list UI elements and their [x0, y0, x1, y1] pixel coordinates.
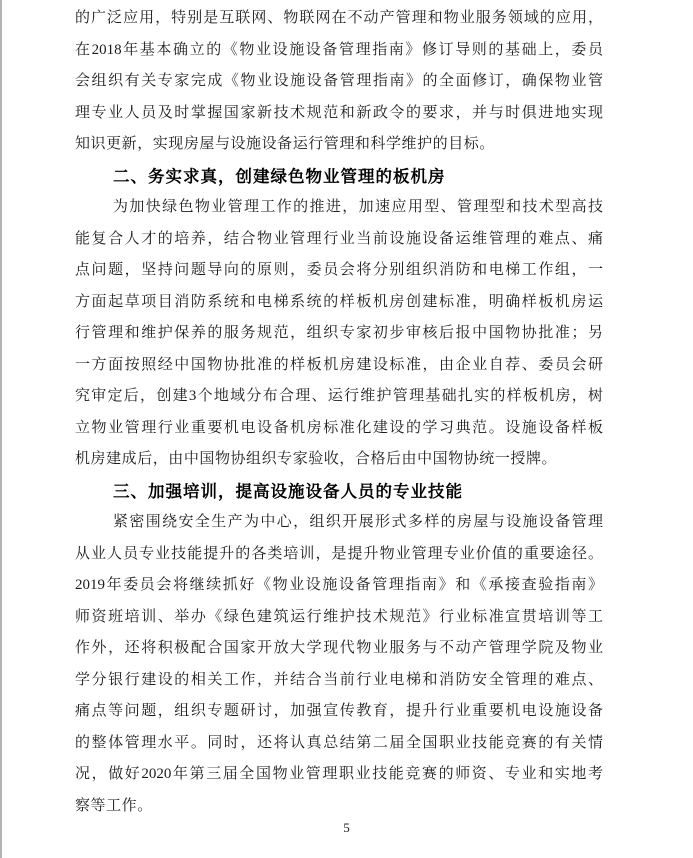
- page-number: 5: [0, 818, 693, 838]
- paragraph-line: 点问题，坚持问题导向的原则，委员会将分别组织消防和电梯工作组，一: [75, 255, 603, 287]
- paragraph-line: 的整体管理水平。同时，还将认真总结第二届全国职业技能竞赛的有关情: [75, 728, 603, 760]
- document-page: 的广泛应用，特别是互联网、物联网在不动产管理和物业服务领域的应用， 在2018年…: [0, 0, 693, 858]
- paragraph-line: 况，做好2020年第三届全国物业管理职业技能竞赛的师资、专业和实地考: [75, 759, 603, 791]
- paragraph-line: 理专业人员及时掌握国家新技术规范和新政令的要求，并与时俱进地实现: [75, 98, 603, 130]
- paragraph-line: 知识更新，实现房屋与设施设备运行管理和科学维护的目标。: [75, 129, 603, 161]
- paragraph-line: 为加快绿色物业管理工作的推进，加速应用型、管理型和技术型高技: [75, 192, 603, 224]
- section-heading-2: 二、务实求真，创建绿色物业管理的板机房: [75, 161, 603, 193]
- paragraph-line: 作外，还将积极配合国家开放大学现代物业服务与不动产管理学院及物业: [75, 633, 603, 665]
- paragraph-line: 学分银行建设的相关工作，并结合当前行业电梯和消防安全管理的难点、: [75, 665, 603, 697]
- text-column: 的广泛应用，特别是互联网、物联网在不动产管理和物业服务领域的应用， 在2018年…: [75, 3, 603, 822]
- paragraph-line: 一方面按照经中国物协批准的样板机房建设标准，由企业自荐、委员会研: [75, 350, 603, 382]
- paragraph-line: 痛点等问题，组织专题研讨，加强宣传教育，提升行业重要机电设施设备: [75, 696, 603, 728]
- page-left-edge: [0, 0, 2, 858]
- paragraph-line: 机房建成后，由中国物协组织专家验收，合格后由中国物协统一授牌。: [75, 444, 603, 476]
- paragraph-line: 方面起草项目消防系统和电梯系统的样板机房创建标准，明确样板机房运: [75, 287, 603, 319]
- section-heading-3: 三、加强培训，提高设施设备人员的专业技能: [75, 476, 603, 508]
- paragraph-line: 立物业管理行业重要机电设备机房标准化建设的学习典范。设施设备样板: [75, 413, 603, 445]
- paragraph-line: 从业人员专业技能提升的各类培训，是提升物业管理专业价值的重要途径。: [75, 539, 603, 571]
- paragraph-line: 究审定后，创建3个地域分布合理、运行维护管理基础扎实的样板机房，树: [75, 381, 603, 413]
- paragraph-line: 紧密围绕安全生产为中心，组织开展形式多样的房屋与设施设备管理: [75, 507, 603, 539]
- paragraph-line: 师资班培训、举办《绿色建筑运行维护技术规范》行业标准宣贯培训等工: [75, 602, 603, 634]
- paragraph-line: 能复合人才的培养，结合物业管理行业当前设施设备运维管理的难点、痛: [75, 224, 603, 256]
- paragraph-line: 的广泛应用，特别是互联网、物联网在不动产管理和物业服务领域的应用，: [75, 3, 603, 35]
- paragraph-line: 在2018年基本确立的《物业设施设备管理指南》修订导则的基础上，委员: [75, 35, 603, 67]
- paragraph-line: 行管理和维护保养的服务规范，组织专家初步审核后报中国物协批准；另: [75, 318, 603, 350]
- paragraph-line: 会组织有关专家完成《物业设施设备管理指南》的全面修订，确保物业管: [75, 66, 603, 98]
- paragraph-line: 2019年委员会将继续抓好《物业设施设备管理指南》和《承接查验指南》: [75, 570, 603, 602]
